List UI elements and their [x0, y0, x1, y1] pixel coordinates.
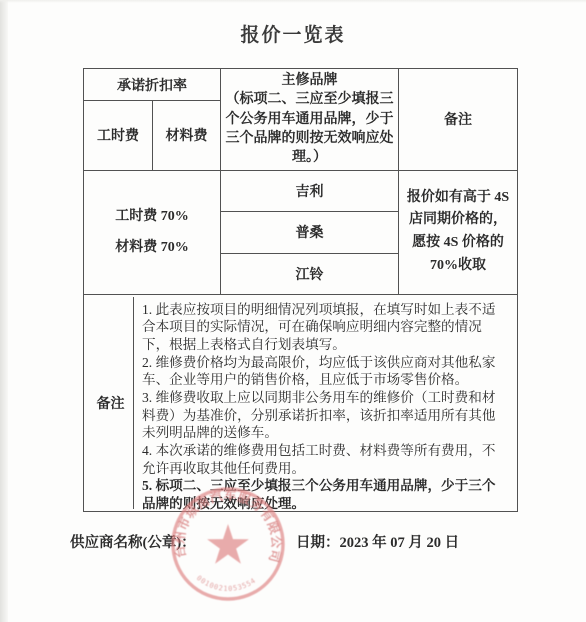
header-labor-fee: 工时费: [84, 101, 153, 171]
signature-row: 供应商名称(公章)： 日期：2023 年 07 月 20 日: [0, 531, 586, 553]
notes-wrap: 备注 1. 此表应按项目的明细情况列项填报，在填写时如上表不适合本项目的实际情况…: [88, 297, 513, 509]
header-material-fee: 材料费: [153, 101, 221, 171]
notes-cell: 备注 1. 此表应按项目的明细情况列项填报，在填写时如上表不适合本项目的实际情况…: [84, 294, 518, 511]
note-item-2: 2. 维修费价格均为最高限价，均应低于该供应商对其他私家车、企业等用户的销售价格…: [142, 354, 508, 389]
table-row: 备注 1. 此表应按项目的明细情况列项填报，在填写时如上表不适合本项目的实际情况…: [84, 294, 518, 511]
notes-list: 1. 此表应按项目的明细情况列项填报，在填写时如上表不适合本项目的实际情况，可在…: [134, 297, 513, 509]
header-remark: 备注: [399, 69, 518, 171]
header-main-brands: 主修品牌 （标项二、三应至少填报三个公务用车通用品牌，少于三个品牌的则按无效响应…: [221, 69, 399, 171]
material-discount-value: 材料费 70%: [88, 241, 216, 255]
table-row: 工时费 70% 材料费 70% 吉利 报价如有高于 4S 店同期价格的，愿按 4…: [84, 170, 518, 211]
scan-top-shadow: [0, 0, 586, 3]
brand-cell-jmc: 江铃: [221, 253, 399, 294]
header-discount-rate: 承诺折扣率: [84, 69, 221, 101]
svg-text:0010021053554: 0010021053554: [195, 574, 258, 593]
note-item-3: 3. 维修费收取上应以同期非公务用车的维修价（工时费和材料费）为基准价，分别承诺…: [142, 389, 508, 442]
date-label: 日期：2023 年 07 月 20 日: [296, 531, 459, 552]
notes-label: 备注: [88, 297, 134, 509]
header-main-brands-title: 主修品牌: [225, 71, 394, 90]
discount-values-cell: 工时费 70% 材料费 70%: [84, 170, 221, 294]
note-item-1: 1. 此表应按项目的明细情况列项填报，在填写时如上表不适合本项目的实际情况，可在…: [142, 301, 508, 354]
scan-edge-shadow: [0, 0, 8, 622]
labor-discount-value: 工时费 70%: [88, 210, 216, 224]
page-title: 报价一览表: [0, 20, 586, 47]
stamp-serial-text: 0010021053554: [195, 574, 258, 593]
brand-cell-geely: 吉利: [221, 170, 399, 211]
note-item-4: 4. 本次承诺的维修费用包括工时费、材料费等所有费用，不允许再收取其他任何费用。: [142, 442, 508, 477]
quotation-table: 承诺折扣率 主修品牌 （标项二、三应至少填报三个公务用车通用品牌，少于三个品牌的…: [83, 68, 518, 512]
table-row: 承诺折扣率 主修品牌 （标项二、三应至少填报三个公务用车通用品牌，少于三个品牌的…: [84, 69, 518, 101]
note-item-5: 5. 标项二、三应至少填报三个公务用车通用品牌，少于三个品牌的则按无效响应处理。: [142, 477, 508, 512]
header-main-brands-note: （标项二、三应至少填报三个公务用车通用品牌，少于三个品牌的则按无效响应处理。）: [225, 90, 394, 167]
supplier-name-label: 供应商名称(公章)：: [70, 531, 196, 552]
remark-cell: 报价如有高于 4S 店同期价格的，愿按 4S 价格的 70%收取: [399, 170, 518, 294]
brand-cell-santana: 普桑: [221, 211, 399, 253]
